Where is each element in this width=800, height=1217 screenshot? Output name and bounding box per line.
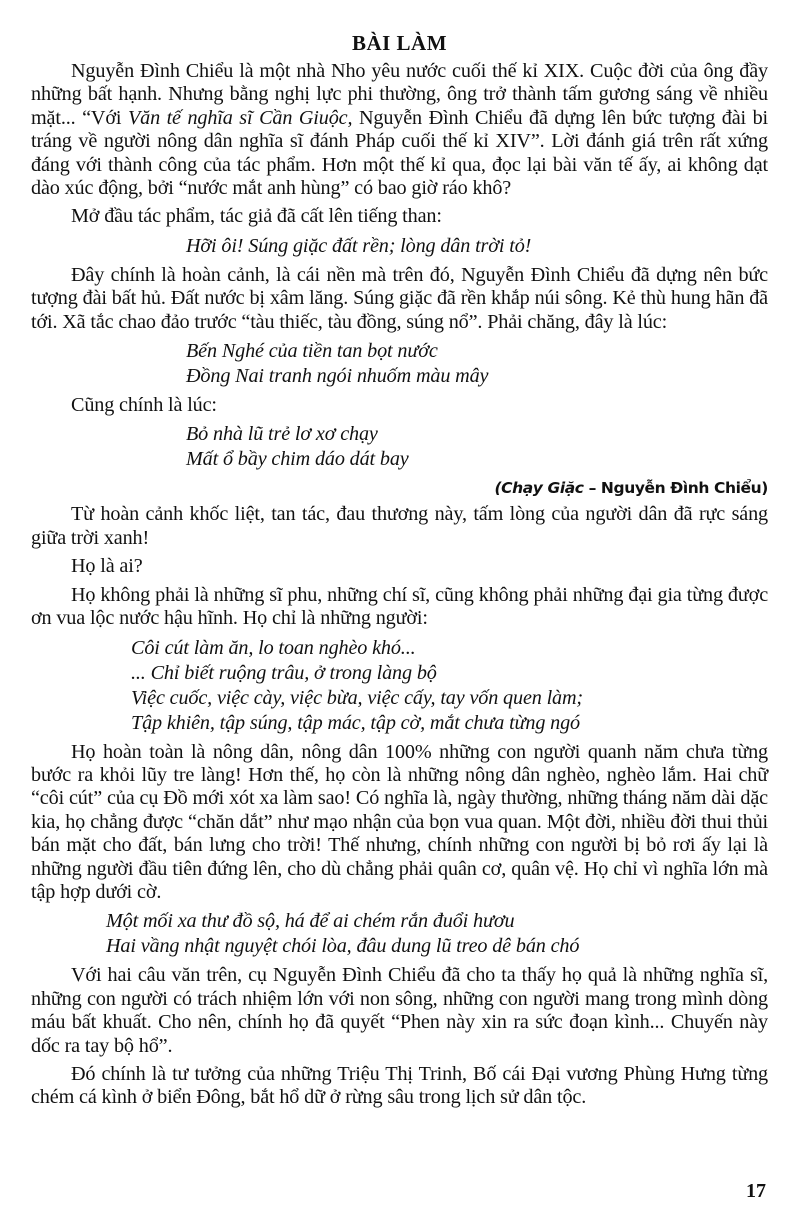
paragraph-who: Họ không phải là những sĩ phu, những chí…	[31, 584, 768, 631]
verse-line: Côi cút làm ăn, lo toan nghèo khó...	[131, 636, 768, 661]
verse-line: Hai vầng nhật nguyệt chói lòa, đâu dung …	[106, 934, 768, 959]
verse-line: Tập khiên, tập súng, tập mác, tập cờ, mắ…	[131, 711, 768, 736]
paragraph-conclusion: Đó chính là tư tưởng của những Triệu Thị…	[31, 1063, 768, 1110]
verse-quote-5: Một mối xa thư đồ sộ, há để ai chém rắn …	[31, 909, 768, 959]
verse-line: Bỏ nhà lũ trẻ lơ xơ chạy	[186, 422, 768, 447]
paragraph-heart: Từ hoàn cảnh khốc liệt, tan tác, đau thư…	[31, 503, 768, 550]
verse-quote-4: Côi cút làm ăn, lo toan nghèo khó... ...…	[31, 636, 768, 736]
document-page: BÀI LÀM Nguyễn Đình Chiểu là một nhà Nho…	[31, 30, 768, 1115]
attribution-author: – Nguyễn Đình Chiểu)	[584, 479, 768, 497]
paragraph-farmers: Họ hoàn toàn là nông dân, nông dân 100% …	[31, 741, 768, 905]
verse-line: Một mối xa thư đồ sộ, há để ai chém rắn …	[106, 909, 768, 934]
verse-line: Mất ổ bầy chim dáo dát bay	[186, 447, 768, 472]
verse-line: Việc cuốc, việc cày, việc bừa, việc cấy,…	[131, 686, 768, 711]
verse-line: Hỡi ôi! Súng giặc đất rền; lòng dân trời…	[186, 234, 768, 259]
verse-quote-1: Hỡi ôi! Súng giặc đất rền; lòng dân trời…	[31, 234, 768, 259]
verse-line: Bến Nghé của tiền tan bọt nước	[186, 339, 768, 364]
attribution-work: (Chạy Giặc	[494, 479, 583, 497]
paragraph-question: Họ là ai?	[31, 555, 768, 578]
paragraph-analysis: Với hai câu văn trên, cụ Nguyễn Đình Chi…	[31, 964, 768, 1058]
page-title: BÀI LÀM	[31, 30, 768, 56]
paragraph-context: Đây chính là hoàn cảnh, là cái nền mà tr…	[31, 264, 768, 334]
quote-attribution: (Chạy Giặc – Nguyễn Đình Chiểu)	[31, 477, 768, 499]
work-title-italic: Văn tế nghĩa sĩ Cần Giuộc,	[128, 107, 352, 129]
page-number: 17	[746, 1180, 766, 1203]
paragraph-intro: Nguyễn Đình Chiểu là một nhà Nho yêu nướ…	[31, 60, 768, 200]
verse-quote-3: Bỏ nhà lũ trẻ lơ xơ chạy Mất ổ bầy chim …	[31, 422, 768, 472]
verse-quote-2: Bến Nghé của tiền tan bọt nước Đồng Nai …	[31, 339, 768, 389]
verse-line: Đồng Nai tranh ngói nhuốm màu mây	[186, 364, 768, 389]
verse-line: ... Chỉ biết ruộng trâu, ở trong làng bộ	[131, 661, 768, 686]
paragraph-opening: Mở đầu tác phẩm, tác giả đã cất lên tiến…	[31, 205, 768, 228]
paragraph-also: Cũng chính là lúc:	[31, 394, 768, 417]
